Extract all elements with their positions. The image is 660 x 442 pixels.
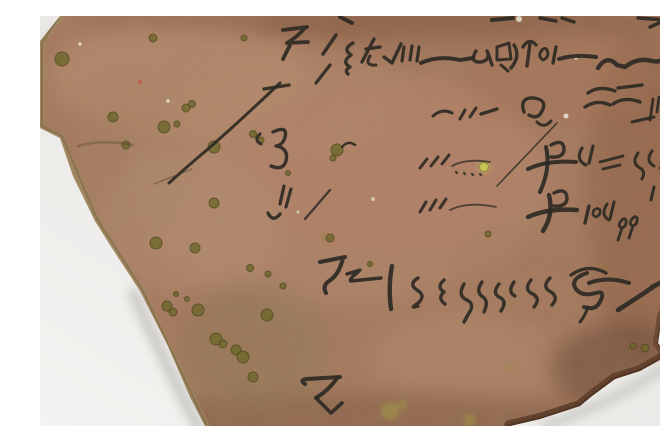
accretion-spot — [169, 308, 177, 316]
ostracon-image — [40, 16, 660, 426]
accretion-spot — [192, 304, 204, 316]
accretion-spot — [174, 292, 179, 297]
accretion-spot — [331, 144, 343, 156]
accretion-spot — [265, 271, 271, 277]
surface-speck — [564, 114, 569, 119]
surface-speck — [371, 197, 375, 201]
accretion-spot — [174, 121, 180, 127]
accretion-spot — [189, 101, 196, 108]
accretion-spot — [280, 283, 286, 289]
surface-speck — [296, 210, 299, 213]
accretion-spot — [237, 351, 249, 363]
ink-line5 — [390, 266, 392, 309]
surface-speck — [516, 16, 522, 22]
accretion-spot — [485, 231, 491, 237]
accretion-spot — [330, 155, 336, 161]
accretion-spot — [150, 237, 162, 249]
accretion-smudge — [397, 400, 407, 410]
ostracon-photograph — [40, 16, 660, 426]
accretion-spot — [149, 34, 157, 42]
accretion-spot — [55, 52, 69, 66]
accretion-spot — [241, 35, 247, 41]
accretion-spot — [219, 340, 227, 348]
accretion-spot — [286, 171, 291, 176]
accretion-spot — [368, 262, 373, 267]
lime-spot — [480, 163, 489, 172]
accretion-spot — [248, 372, 258, 382]
accretion-spot — [108, 112, 118, 122]
accretion-spot — [185, 297, 190, 302]
accretion-spot — [261, 309, 273, 321]
ink-partial-top — [492, 18, 513, 20]
accretion-spot — [326, 234, 334, 242]
accretion-spot — [158, 121, 170, 133]
accretion-spot — [641, 344, 649, 352]
surface-speck — [166, 99, 170, 103]
accretion-smudge — [464, 414, 476, 426]
accretion-spot — [209, 198, 219, 208]
accretion-spot — [247, 265, 254, 272]
accretion-spot — [190, 243, 200, 253]
surface-speck — [78, 42, 82, 46]
surface-speck — [138, 80, 142, 84]
accretion-smudge — [506, 364, 514, 372]
accretion-spot — [630, 343, 636, 349]
accretion-smudge — [381, 402, 399, 420]
accretion-spot — [250, 131, 257, 138]
